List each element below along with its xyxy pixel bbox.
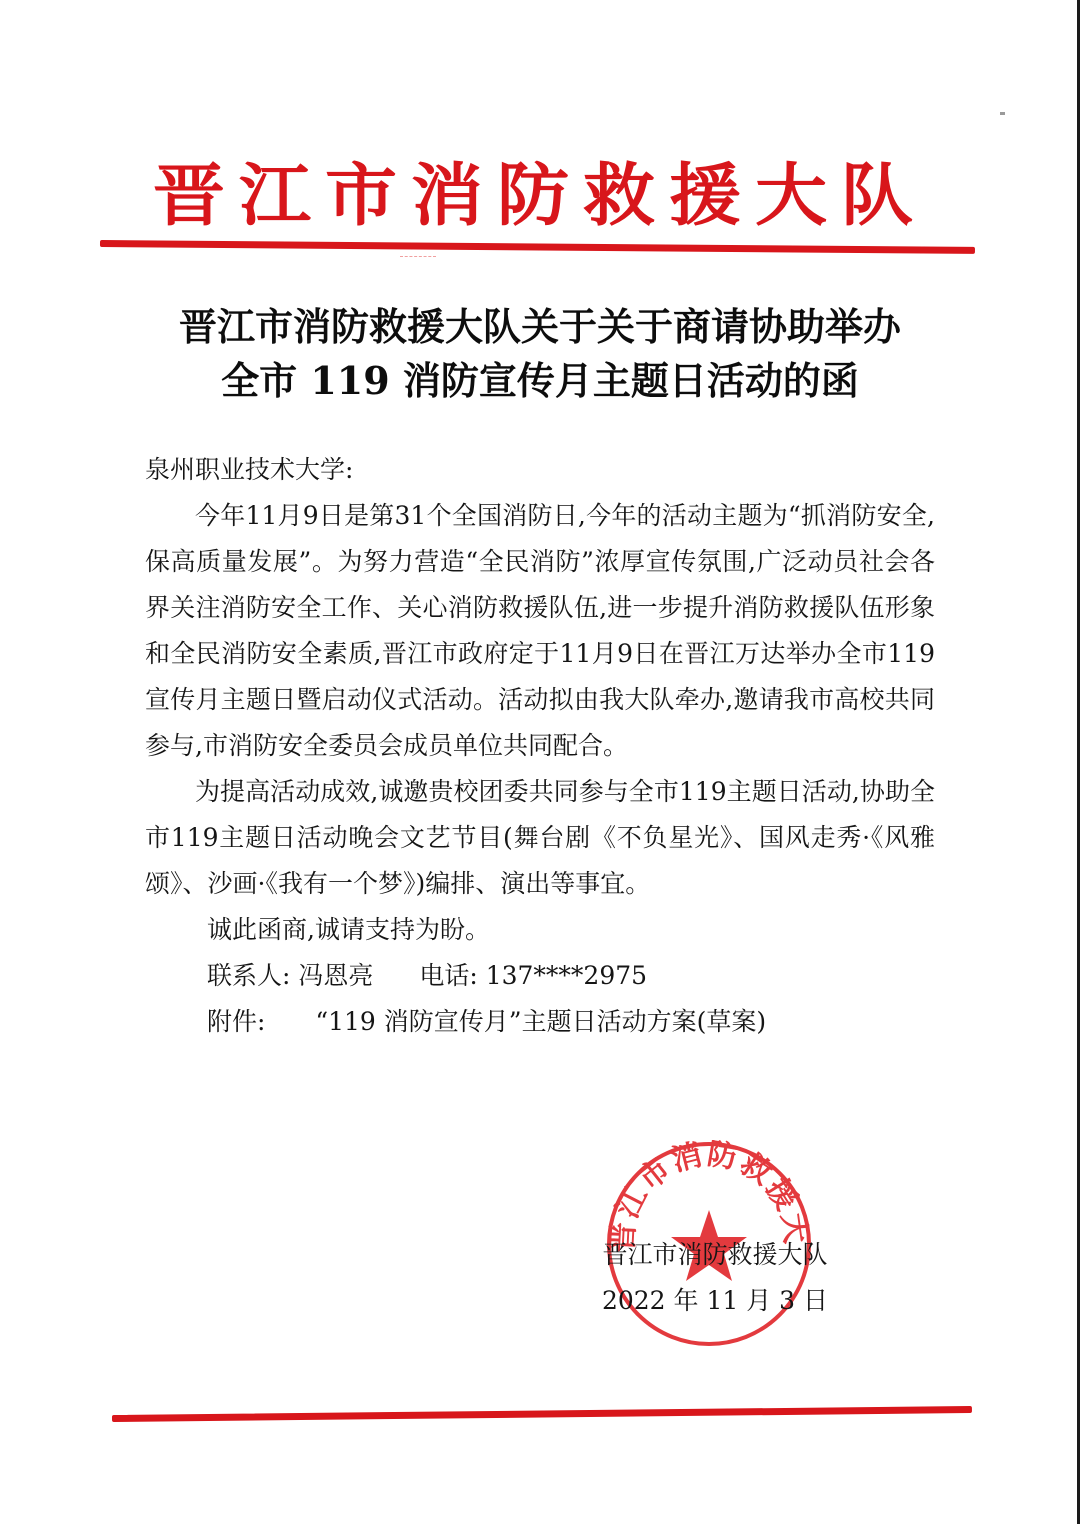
paragraph-1: 今年11月9日是第31个全国消防日,今年的活动主题为“抓消防安全,保高质量发展”…	[145, 493, 935, 769]
contact-phone-label: 电话:	[419, 961, 477, 990]
attachment-value: “119 消防宣传月”主题日活动方案(草案)	[315, 1007, 766, 1036]
closing-line: 诚此函商,诚请支持为盼。	[145, 907, 935, 953]
scan-artifact	[1000, 112, 1005, 115]
attachment-line: 附件: “119 消防宣传月”主题日活动方案(草案)	[145, 999, 935, 1045]
letter-body: 泉州职业技术大学: 今年11月9日是第31个全国消防日,今年的活动主题为“抓消防…	[145, 447, 935, 1045]
scan-artifact	[400, 256, 436, 258]
salutation: 泉州职业技术大学:	[145, 447, 935, 493]
contact-line: 联系人: 冯恩亮 电话: 137****2975	[145, 953, 935, 999]
contact-phone-value: 137****2975	[486, 961, 647, 990]
document-title-line-2: 全市 119 消防宣传月主题日活动的函	[120, 354, 960, 408]
footer-red-rule	[112, 1406, 972, 1422]
document-title: 晋江市消防救援大队关于关于商请协助举办 全市 119 消防宣传月主题日活动的函	[120, 300, 960, 408]
letterhead-issuer: 晋江市消防救援大队	[150, 148, 930, 243]
signature-date: 2022 年 11 月 3 日	[585, 1278, 845, 1324]
paragraph-2: 为提高活动成效,诚邀贵校团委共同参与全市119主题日活动,协助全市119主题日活…	[145, 769, 935, 907]
signature-block: 晋江市消防救援大队 2022 年 11 月 3 日	[585, 1232, 845, 1324]
attachment-label: 附件:	[207, 1007, 265, 1036]
signature-organization: 晋江市消防救援大队	[585, 1232, 845, 1278]
document-title-line-1: 晋江市消防救援大队关于关于商请协助举办	[120, 300, 960, 354]
contact-person-name: 冯恩亮	[298, 961, 373, 990]
contact-person-label: 联系人:	[207, 961, 290, 990]
